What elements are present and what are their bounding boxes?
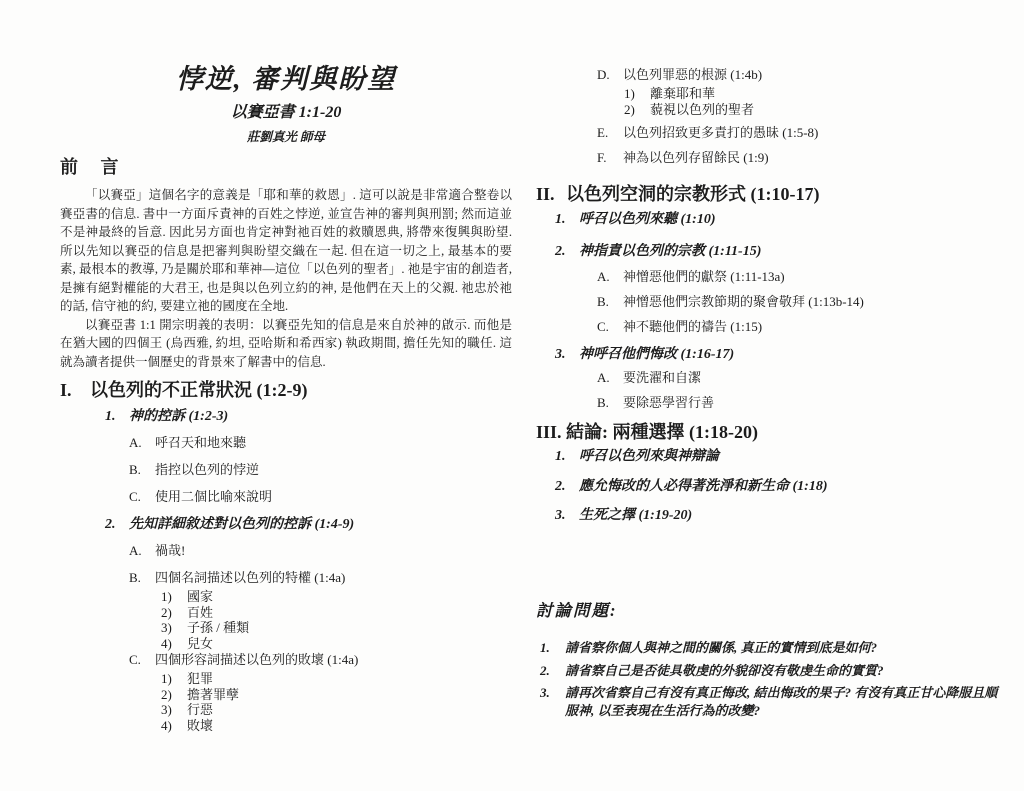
section-title: 結論: 兩種選擇 (1:18-20) — [566, 421, 1010, 443]
item-text: 禍哉! — [155, 542, 512, 560]
outline-item: 1) 離棄耶和華 — [536, 86, 1010, 102]
outline-item: 2. 應允悔改的人必得著洗淨和新生命 (1:18) — [536, 477, 1010, 497]
scripture-reference: 以賽亞書 1:1-20 — [60, 102, 512, 123]
outline-item: B. 四個名詞描述以色列的特權 (1:4a) — [60, 569, 512, 587]
item-text: 離棄耶和華 — [650, 86, 1010, 102]
item-text: 要除惡學習行善 — [623, 394, 1010, 412]
item-text: 呼召以色列來聽 (1:10) — [579, 210, 1010, 230]
item-text: 生死之擇 (1:19-20) — [579, 506, 1010, 526]
item-text: 百姓 — [187, 605, 512, 621]
item-text: 四個名詞描述以色列的特權 (1:4a) — [155, 569, 512, 587]
item-number: 3. — [555, 506, 579, 526]
outline-item: E. 以色列招致更多責打的愚昧 (1:5-8) — [536, 124, 1010, 142]
question-number: 3. — [540, 684, 565, 702]
outline-item: A. 要洗濯和自潔 — [536, 369, 1010, 387]
item-text: 藐視以色列的聖者 — [650, 102, 1010, 118]
document-title: 悖逆, 審判與盼望 — [60, 62, 512, 96]
outline-item: 2) 藐視以色列的聖者 — [536, 102, 1010, 118]
item-number: A. — [597, 268, 623, 286]
section-number: I. — [60, 379, 90, 401]
outline-item: 2) 擔著罪孽 — [60, 687, 512, 703]
outline-item: B. 神憎惡他們宗教節期的聚會敬拜 (1:13b-14) — [536, 293, 1010, 311]
question-number: 2. — [540, 662, 565, 680]
discussion-question: 2. 請省察自己是否徒具敬虔的外貌卻沒有敬虔生命的實質? — [536, 662, 1010, 680]
author-name: 莊劉真光 師母 — [60, 129, 512, 146]
item-number: 4) — [161, 718, 187, 734]
item-text: 以色列罪惡的根源 (1:4b) — [623, 66, 1010, 84]
outline-item: 4) 兒女 — [60, 636, 512, 652]
outline-item: C. 使用二個比喻來說明 — [60, 488, 512, 506]
preface-paragraph-2: 以賽亞書 1:1 開宗明義的表明：以賽亞先知的信息是來自於神的啟示. 而他是在猶… — [60, 316, 512, 372]
item-number: 1) — [624, 86, 650, 102]
outline-item: F. 神為以色列存留餘民 (1:9) — [536, 149, 1010, 167]
item-text: 兒女 — [187, 636, 512, 652]
item-number: B. — [129, 569, 155, 587]
discussion-section: 討論問題: 1. 請省察你個人與神之間的關係, 真正的實情到底是如何? 2. 請… — [536, 600, 1010, 719]
item-text: 神憎惡他們宗教節期的聚會敬拜 (1:13b-14) — [623, 293, 1010, 311]
outline-item: 4) 敗壞 — [60, 718, 512, 734]
item-number: B. — [129, 461, 155, 479]
outline-item: D. 以色列罪惡的根源 (1:4b) — [536, 66, 1010, 84]
item-number: 2) — [161, 687, 187, 703]
outline-item: A. 神憎惡他們的獻祭 (1:11-13a) — [536, 268, 1010, 286]
outline-item: B. 指控以色列的悖逆 — [60, 461, 512, 479]
title-block: 悖逆, 審判與盼望 以賽亞書 1:1-20 莊劉真光 師母 — [60, 62, 512, 146]
item-number: F. — [597, 149, 623, 167]
outline-item: 2. 神指責以色列的宗教 (1:11-15) — [536, 242, 1010, 262]
item-text: 敗壞 — [187, 718, 512, 734]
outline-item: 2) 百姓 — [60, 605, 512, 621]
item-number: B. — [597, 394, 623, 412]
item-number: 1. — [555, 210, 579, 230]
item-number: A. — [597, 369, 623, 387]
question-text: 請省察你個人與神之間的關係, 真正的實情到底是如何? — [565, 639, 1010, 657]
outline-section-2-heading: II. 以色列空洞的宗教形式 (1:10-17) — [536, 183, 1010, 205]
outline-item: B. 要除惡學習行善 — [536, 394, 1010, 412]
section-number: II. — [536, 183, 566, 205]
discussion-heading: 討論問題: — [536, 600, 1010, 621]
item-text: 神的控訴 (1:2-3) — [129, 407, 512, 427]
item-text: 行惡 — [187, 702, 512, 718]
question-number: 1. — [540, 639, 565, 657]
item-number: E. — [597, 124, 623, 142]
outline-section-3-heading: III. 結論: 兩種選擇 (1:18-20) — [536, 421, 1010, 443]
item-number: C. — [129, 488, 155, 506]
document-page: 悖逆, 審判與盼望 以賽亞書 1:1-20 莊劉真光 師母 前 言 「以賽亞」這… — [0, 0, 1024, 791]
item-number: 2) — [624, 102, 650, 118]
outline-item: 1. 神的控訴 (1:2-3) — [60, 407, 512, 427]
section-title: 以色列空洞的宗教形式 (1:10-17) — [566, 183, 1010, 205]
outline-item: 2. 先知詳細敘述對以色列的控訴 (1:4-9) — [60, 515, 512, 535]
item-text: 使用二個比喻來說明 — [155, 488, 512, 506]
preface-heading: 前 言 — [60, 156, 512, 178]
item-number: 1. — [105, 407, 129, 427]
item-number: 3) — [161, 620, 187, 636]
item-text: 要洗濯和自潔 — [623, 369, 1010, 387]
item-text: 神指責以色列的宗教 (1:11-15) — [579, 242, 1010, 262]
item-number: 3) — [161, 702, 187, 718]
item-number: A. — [129, 542, 155, 560]
item-text: 指控以色列的悖逆 — [155, 461, 512, 479]
outline-item: C. 四個形容詞描述以色列的敗壞 (1:4a) — [60, 651, 512, 669]
item-number: C. — [129, 651, 155, 669]
item-text: 以色列招致更多責打的愚昧 (1:5-8) — [623, 124, 1010, 142]
outline-item: 1) 犯罪 — [60, 671, 512, 687]
outline-item: A. 呼召天和地來聽 — [60, 434, 512, 452]
preface-paragraph-1: 「以賽亞」這個名字的意義是「耶和華的救恩」. 這可以說是非常適合整卷以賽亞書的信… — [60, 186, 512, 316]
outline-item: 3) 行惡 — [60, 702, 512, 718]
item-text: 神呼召他們悔改 (1:16-17) — [579, 345, 1010, 365]
outline-item: 3. 神呼召他們悔改 (1:16-17) — [536, 345, 1010, 365]
preface-body: 「以賽亞」這個名字的意義是「耶和華的救恩」. 這可以說是非常適合整卷以賽亞書的信… — [60, 186, 512, 371]
item-number: 1) — [161, 671, 187, 687]
item-number: 2. — [555, 242, 579, 262]
item-number: A. — [129, 434, 155, 452]
outline-item: 1. 呼召以色列來聽 (1:10) — [536, 210, 1010, 230]
item-text: 國家 — [187, 589, 512, 605]
section-title: 以色列的不正常狀況 (1:2-9) — [90, 379, 512, 401]
item-text: 四個形容詞描述以色列的敗壞 (1:4a) — [155, 651, 512, 669]
item-number: C. — [597, 318, 623, 336]
item-number: 1. — [555, 447, 579, 467]
item-text: 神不聽他們的禱告 (1:15) — [623, 318, 1010, 336]
outline-item: 3. 生死之擇 (1:19-20) — [536, 506, 1010, 526]
item-text: 擔著罪孽 — [187, 687, 512, 703]
left-column: 悖逆, 審判與盼望 以賽亞書 1:1-20 莊劉真光 師母 前 言 「以賽亞」這… — [60, 0, 512, 733]
outline-item: 1) 國家 — [60, 589, 512, 605]
item-number: 1) — [161, 589, 187, 605]
outline-item: A. 禍哉! — [60, 542, 512, 560]
question-text: 請再次省察自己有沒有真正悔改, 結出悔改的果子? 有沒有真正甘心降服且順服神, … — [565, 684, 1010, 719]
item-number: D. — [597, 66, 623, 84]
outline-section-1-heading: I. 以色列的不正常狀況 (1:2-9) — [60, 379, 512, 401]
right-column: D. 以色列罪惡的根源 (1:4b) 1) 離棄耶和華 2) 藐視以色列的聖者 … — [536, 0, 1010, 724]
item-text: 呼召以色列來與神辯論 — [579, 447, 1010, 467]
item-text: 神為以色列存留餘民 (1:9) — [623, 149, 1010, 167]
item-text: 應允悔改的人必得著洗淨和新生命 (1:18) — [579, 477, 1010, 497]
outline-item: C. 神不聽他們的禱告 (1:15) — [536, 318, 1010, 336]
item-text: 子孫 / 種類 — [187, 620, 512, 636]
discussion-question: 1. 請省察你個人與神之間的關係, 真正的實情到底是如何? — [536, 639, 1010, 657]
item-text: 犯罪 — [187, 671, 512, 687]
item-number: 2) — [161, 605, 187, 621]
item-text: 呼召天和地來聽 — [155, 434, 512, 452]
discussion-question: 3. 請再次省察自己有沒有真正悔改, 結出悔改的果子? 有沒有真正甘心降服且順服… — [536, 684, 1010, 719]
item-number: 2. — [555, 477, 579, 497]
item-number: 4) — [161, 636, 187, 652]
outline-item: 1. 呼召以色列來與神辯論 — [536, 447, 1010, 467]
item-number: 2. — [105, 515, 129, 535]
question-text: 請省察自己是否徒具敬虔的外貌卻沒有敬虔生命的實質? — [565, 662, 1010, 680]
section-number: III. — [536, 421, 566, 443]
outline-item: 3) 子孫 / 種類 — [60, 620, 512, 636]
item-number: B. — [597, 293, 623, 311]
item-number: 3. — [555, 345, 579, 365]
item-text: 神憎惡他們的獻祭 (1:11-13a) — [623, 268, 1010, 286]
item-text: 先知詳細敘述對以色列的控訴 (1:4-9) — [129, 515, 512, 535]
